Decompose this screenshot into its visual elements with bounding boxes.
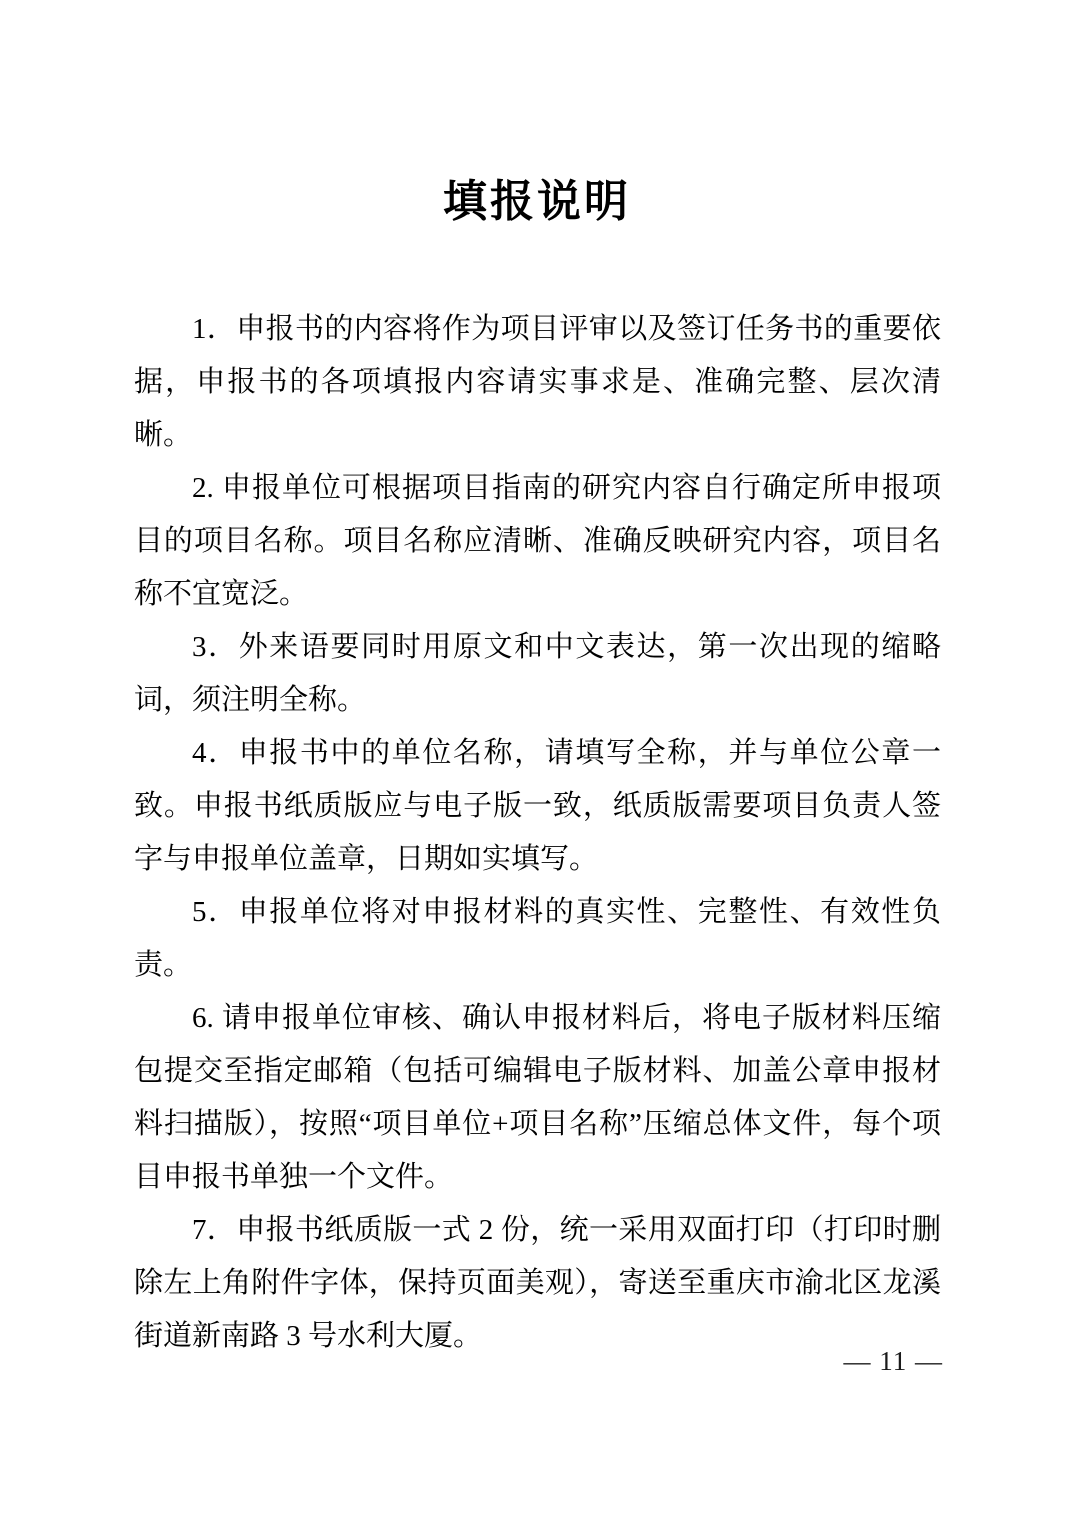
instruction-paragraph-4: 4．申报书中的单位名称，请填写全称，并与单位公章一致。申报书纸质版应与电子版一致…	[134, 727, 941, 886]
page-title: 填报说明	[0, 0, 1074, 229]
instruction-paragraph-3: 3．外来语要同时用原文和中文表达，第一次出现的缩略词，须注明全称。	[134, 621, 941, 727]
instruction-paragraph-5: 5．申报单位将对申报材料的真实性、完整性、有效性负责。	[134, 886, 941, 992]
instruction-paragraph-2: 2. 申报单位可根据项目指南的研究内容自行确定所申报项目的项目名称。项目名称应清…	[134, 462, 941, 621]
document-body: 1．申报书的内容将作为项目评审以及签订任务书的重要依据，申报书的各项填报内容请实…	[134, 303, 941, 1363]
instruction-paragraph-7: 7．申报书纸质版一式 2 份，统一采用双面打印（打印时删除左上角附件字体，保持页…	[134, 1204, 941, 1363]
instruction-paragraph-6: 6. 请申报单位审核、确认申报材料后，将电子版材料压缩包提交至指定邮箱（包括可编…	[134, 992, 941, 1204]
instruction-paragraph-1: 1．申报书的内容将作为项目评审以及签订任务书的重要依据，申报书的各项填报内容请实…	[134, 303, 941, 462]
document-page: 填报说明 1．申报书的内容将作为项目评审以及签订任务书的重要依据，申报书的各项填…	[0, 0, 1074, 1520]
page-number: — 11 —	[844, 1346, 944, 1377]
